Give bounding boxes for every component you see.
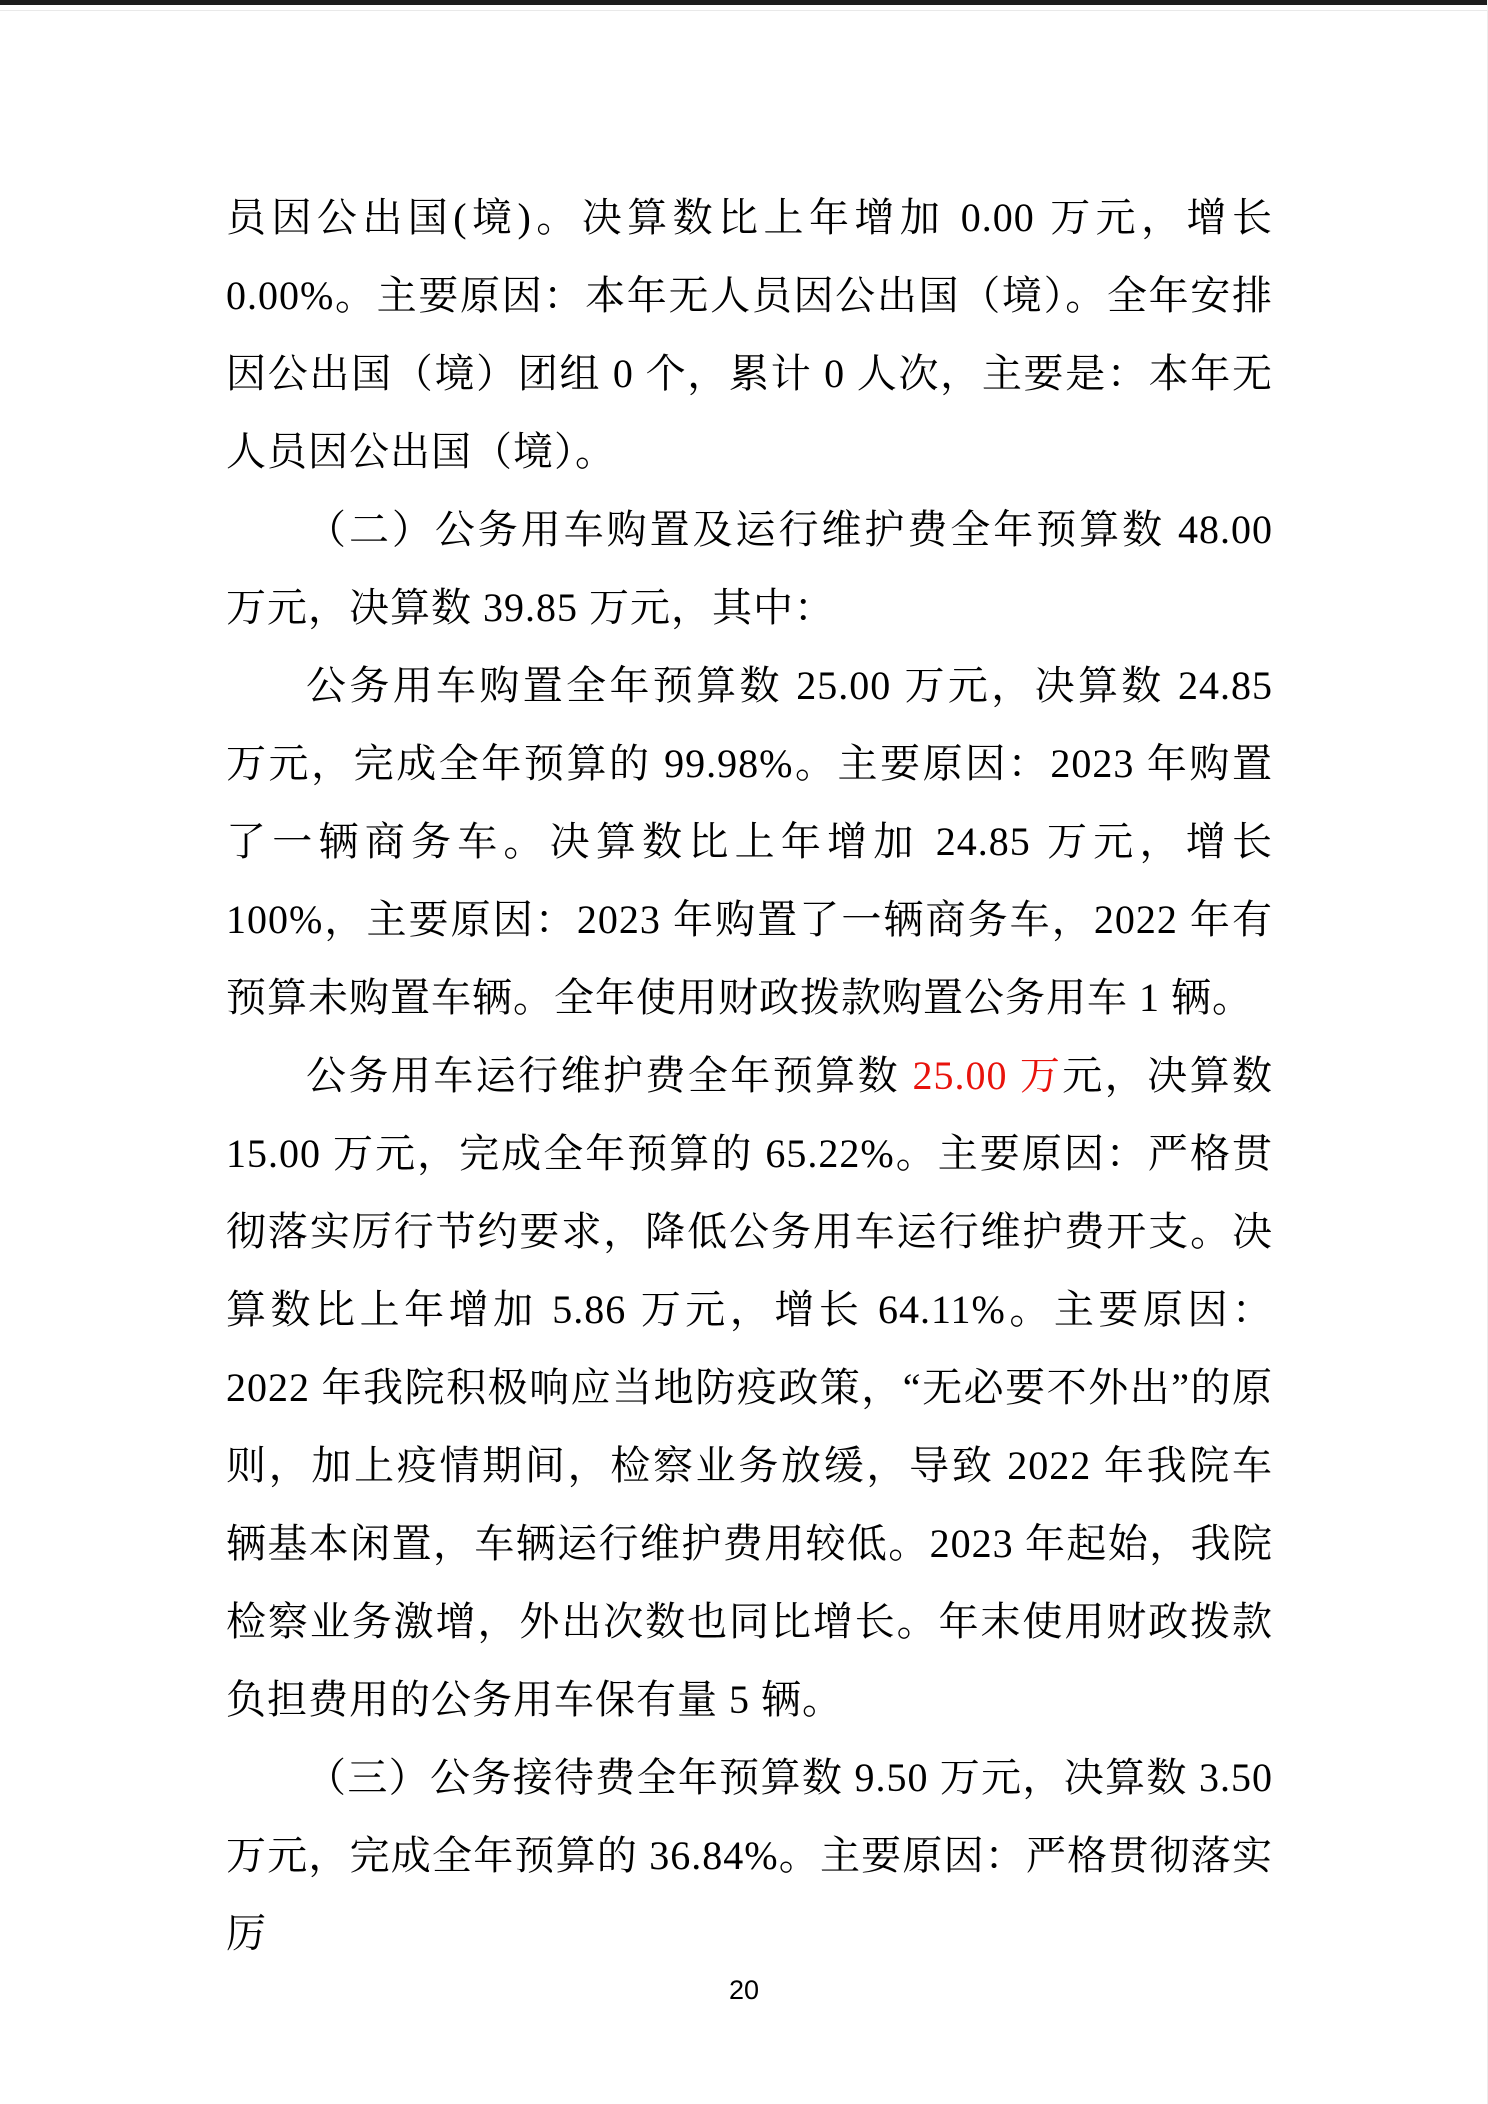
highlighted-budget-amount: 25.00 万 <box>912 1053 1062 1098</box>
body-text-segment: 公务用车购置全年预算数 25.00 万元，决算数 24.85 万元，完成全年预算… <box>226 663 1273 1020</box>
page-number: 20 <box>0 1972 1488 2008</box>
body-text-segment: （二）公务用车购置及运行维护费全年预算数 48.00 万元，决算数 39.85 … <box>226 507 1273 630</box>
body-text-segment: 员因公出国(境)。决算数比上年增加 0.00 万元，增长 0.00%。主要原因：… <box>226 195 1273 474</box>
body-text-segment: 元，决算数 15.00 万元，完成全年预算的 65.22%。主要原因：严格贯彻落… <box>226 1053 1273 1722</box>
document-body-text: 员因公出国(境)。决算数比上年增加 0.00 万元，增长 0.00%。主要原因：… <box>226 179 1273 1973</box>
body-text-segment: （三）公务接待费全年预算数 9.50 万元，决算数 3.50 万元，完成全年预算… <box>226 1755 1273 1956</box>
paragraph-vehicle-total: （二）公务用车购置及运行维护费全年预算数 48.00 万元，决算数 39.85 … <box>226 491 1273 647</box>
page-top-edge-line <box>0 0 1488 5</box>
body-text-segment: 公务用车运行维护费全年预算数 <box>306 1053 912 1098</box>
paragraph-official-reception: （三）公务接待费全年预算数 9.50 万元，决算数 3.50 万元，完成全年预算… <box>226 1739 1273 1973</box>
paragraph-vehicle-maintenance: 公务用车运行维护费全年预算数 25.00 万元，决算数 15.00 万元，完成全… <box>226 1037 1273 1739</box>
paragraph-vehicle-purchase: 公务用车购置全年预算数 25.00 万元，决算数 24.85 万元，完成全年预算… <box>226 647 1273 1037</box>
page-top-shadow-line <box>0 10 1488 11</box>
document-page: 员因公出国(境)。决算数比上年增加 0.00 万元，增长 0.00%。主要原因：… <box>0 0 1488 2104</box>
paragraph-overseas-trips-continued: 员因公出国(境)。决算数比上年增加 0.00 万元，增长 0.00%。主要原因：… <box>226 179 1273 491</box>
